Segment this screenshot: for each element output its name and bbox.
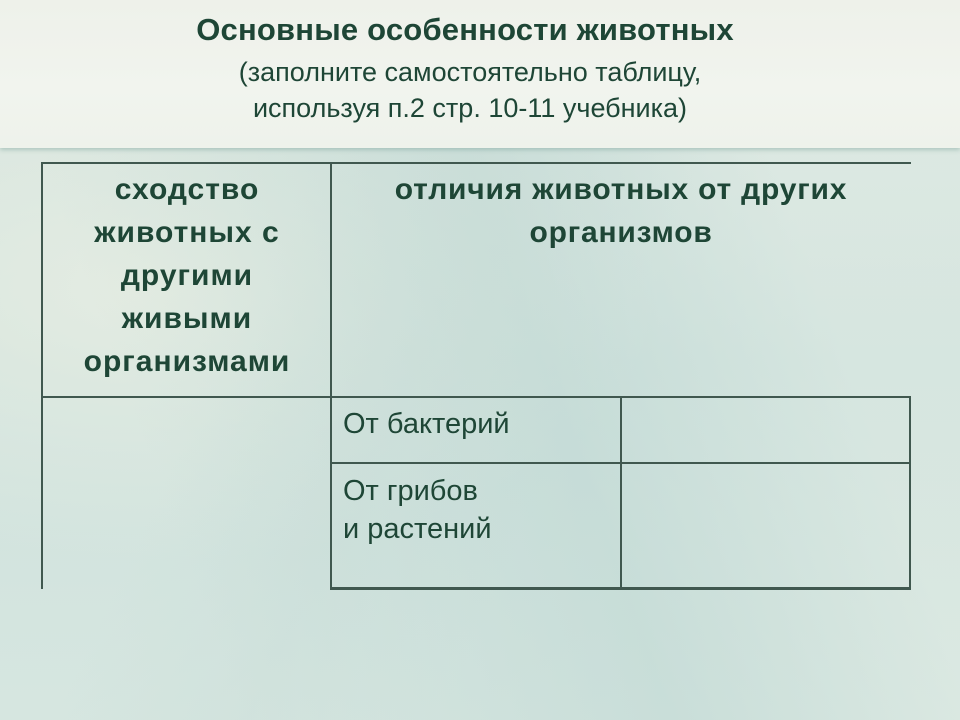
row-answer-bacteria[interactable]	[622, 398, 909, 462]
slide-subtitle-line-2: используя п.2 стр. 10-11 учебника)	[0, 90, 940, 126]
row-label-bacteria: От бактерий	[343, 405, 613, 443]
similarity-answer-cell[interactable]	[44, 399, 330, 587]
header-differences: отличия животных от других организмов	[332, 168, 910, 254]
row-answer-fungi-plants[interactable]	[622, 464, 909, 587]
table-top-border	[41, 162, 911, 164]
slide-title: Основные особенности животных	[0, 12, 930, 48]
table-bottom-border	[330, 587, 911, 590]
header-similarity: сходство животных с другими живыми орган…	[44, 168, 330, 383]
row-label-fungi-plants: От грибов и растений	[343, 472, 613, 548]
table-right-border	[909, 396, 911, 589]
table-left-border	[41, 162, 43, 589]
slide-subtitle-line-1: (заполните самостоятельно таблицу,	[0, 54, 940, 90]
